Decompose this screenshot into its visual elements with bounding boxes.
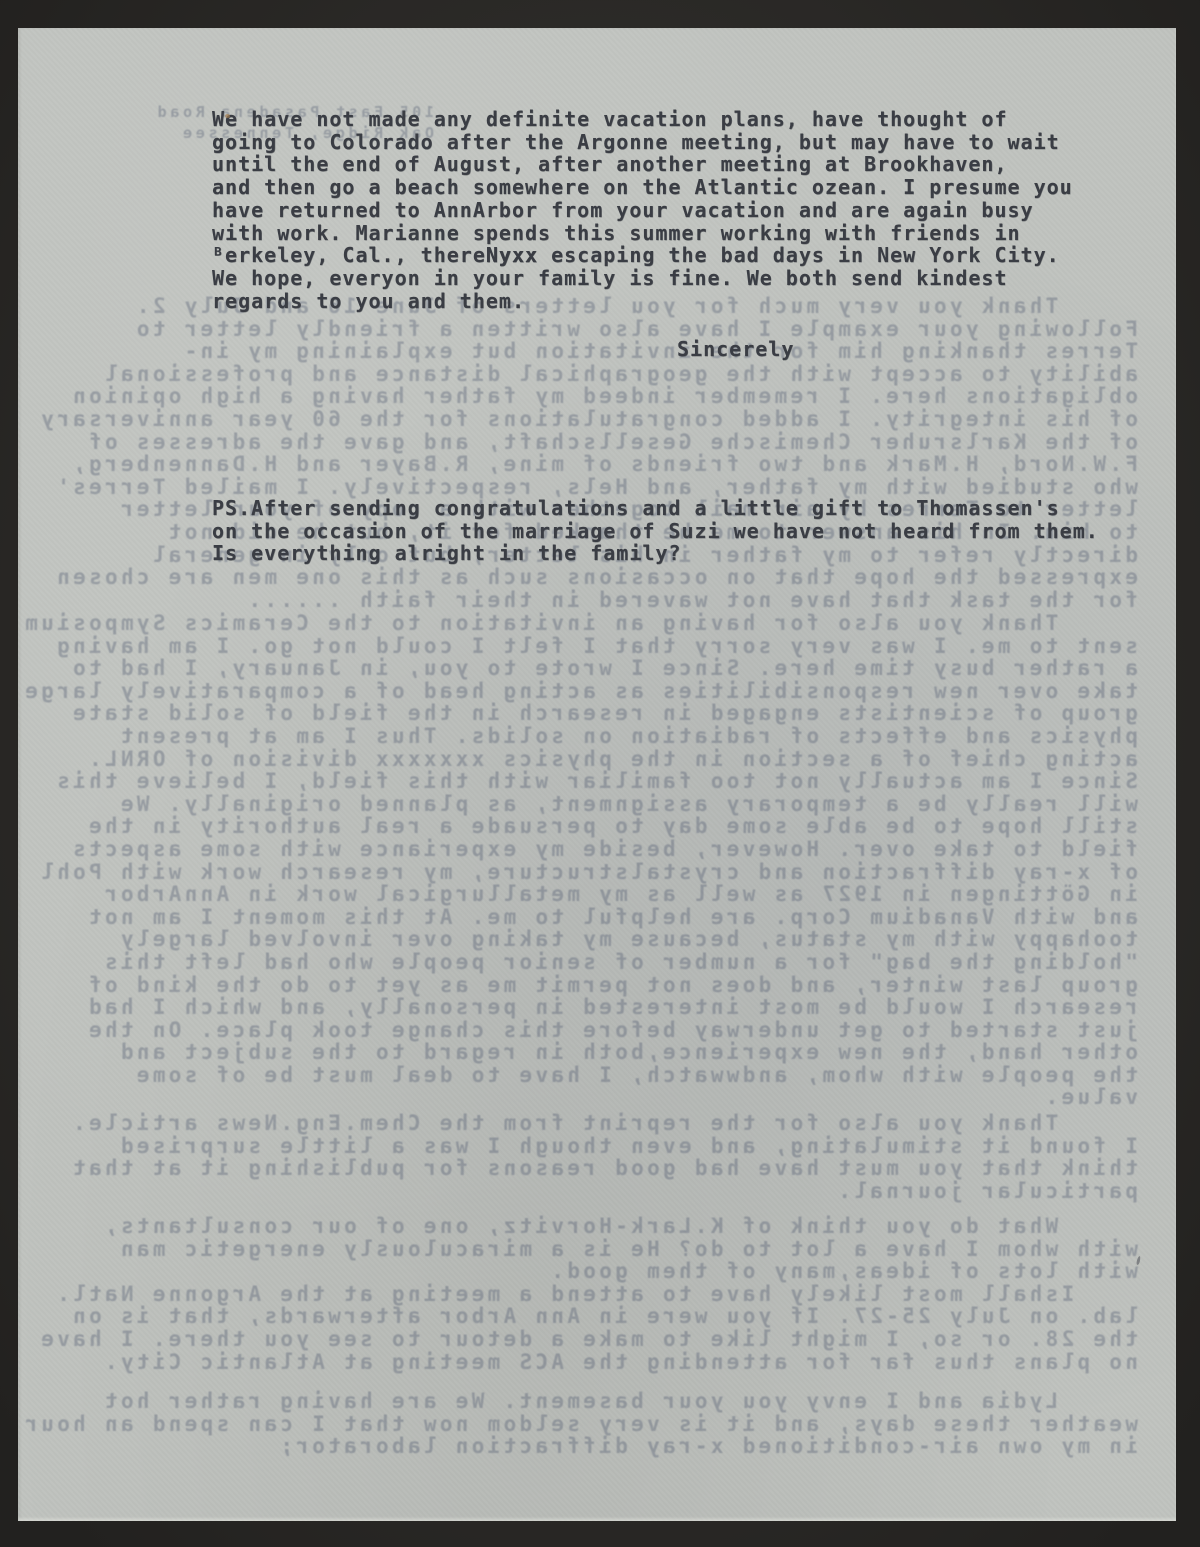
postscript-paragraph: PS.After sending congratulations and a l… — [212, 497, 1099, 565]
bleed-paragraph-5: Lydia and I envy you your basement. We a… — [22, 1390, 1138, 1458]
overstruck-word: Nyxx — [486, 244, 538, 267]
signoff-sincerely: Sincerely — [677, 338, 794, 361]
paper-speck — [225, 114, 230, 118]
bleed-paragraph-3: Thank you also for the reprint from the … — [70, 1112, 1138, 1202]
vacation-paragraph: We have not made any definite vacation p… — [212, 108, 1073, 312]
letter-page: 105 East Pasadena Road Oak Ridge, Tennes… — [18, 28, 1176, 1521]
bleed-paragraph-4: What do you think of K.Lark-Horvitz, one… — [38, 1215, 1138, 1373]
bleed-paragraph-2: Thank you also for having an invitation … — [22, 612, 1138, 1109]
